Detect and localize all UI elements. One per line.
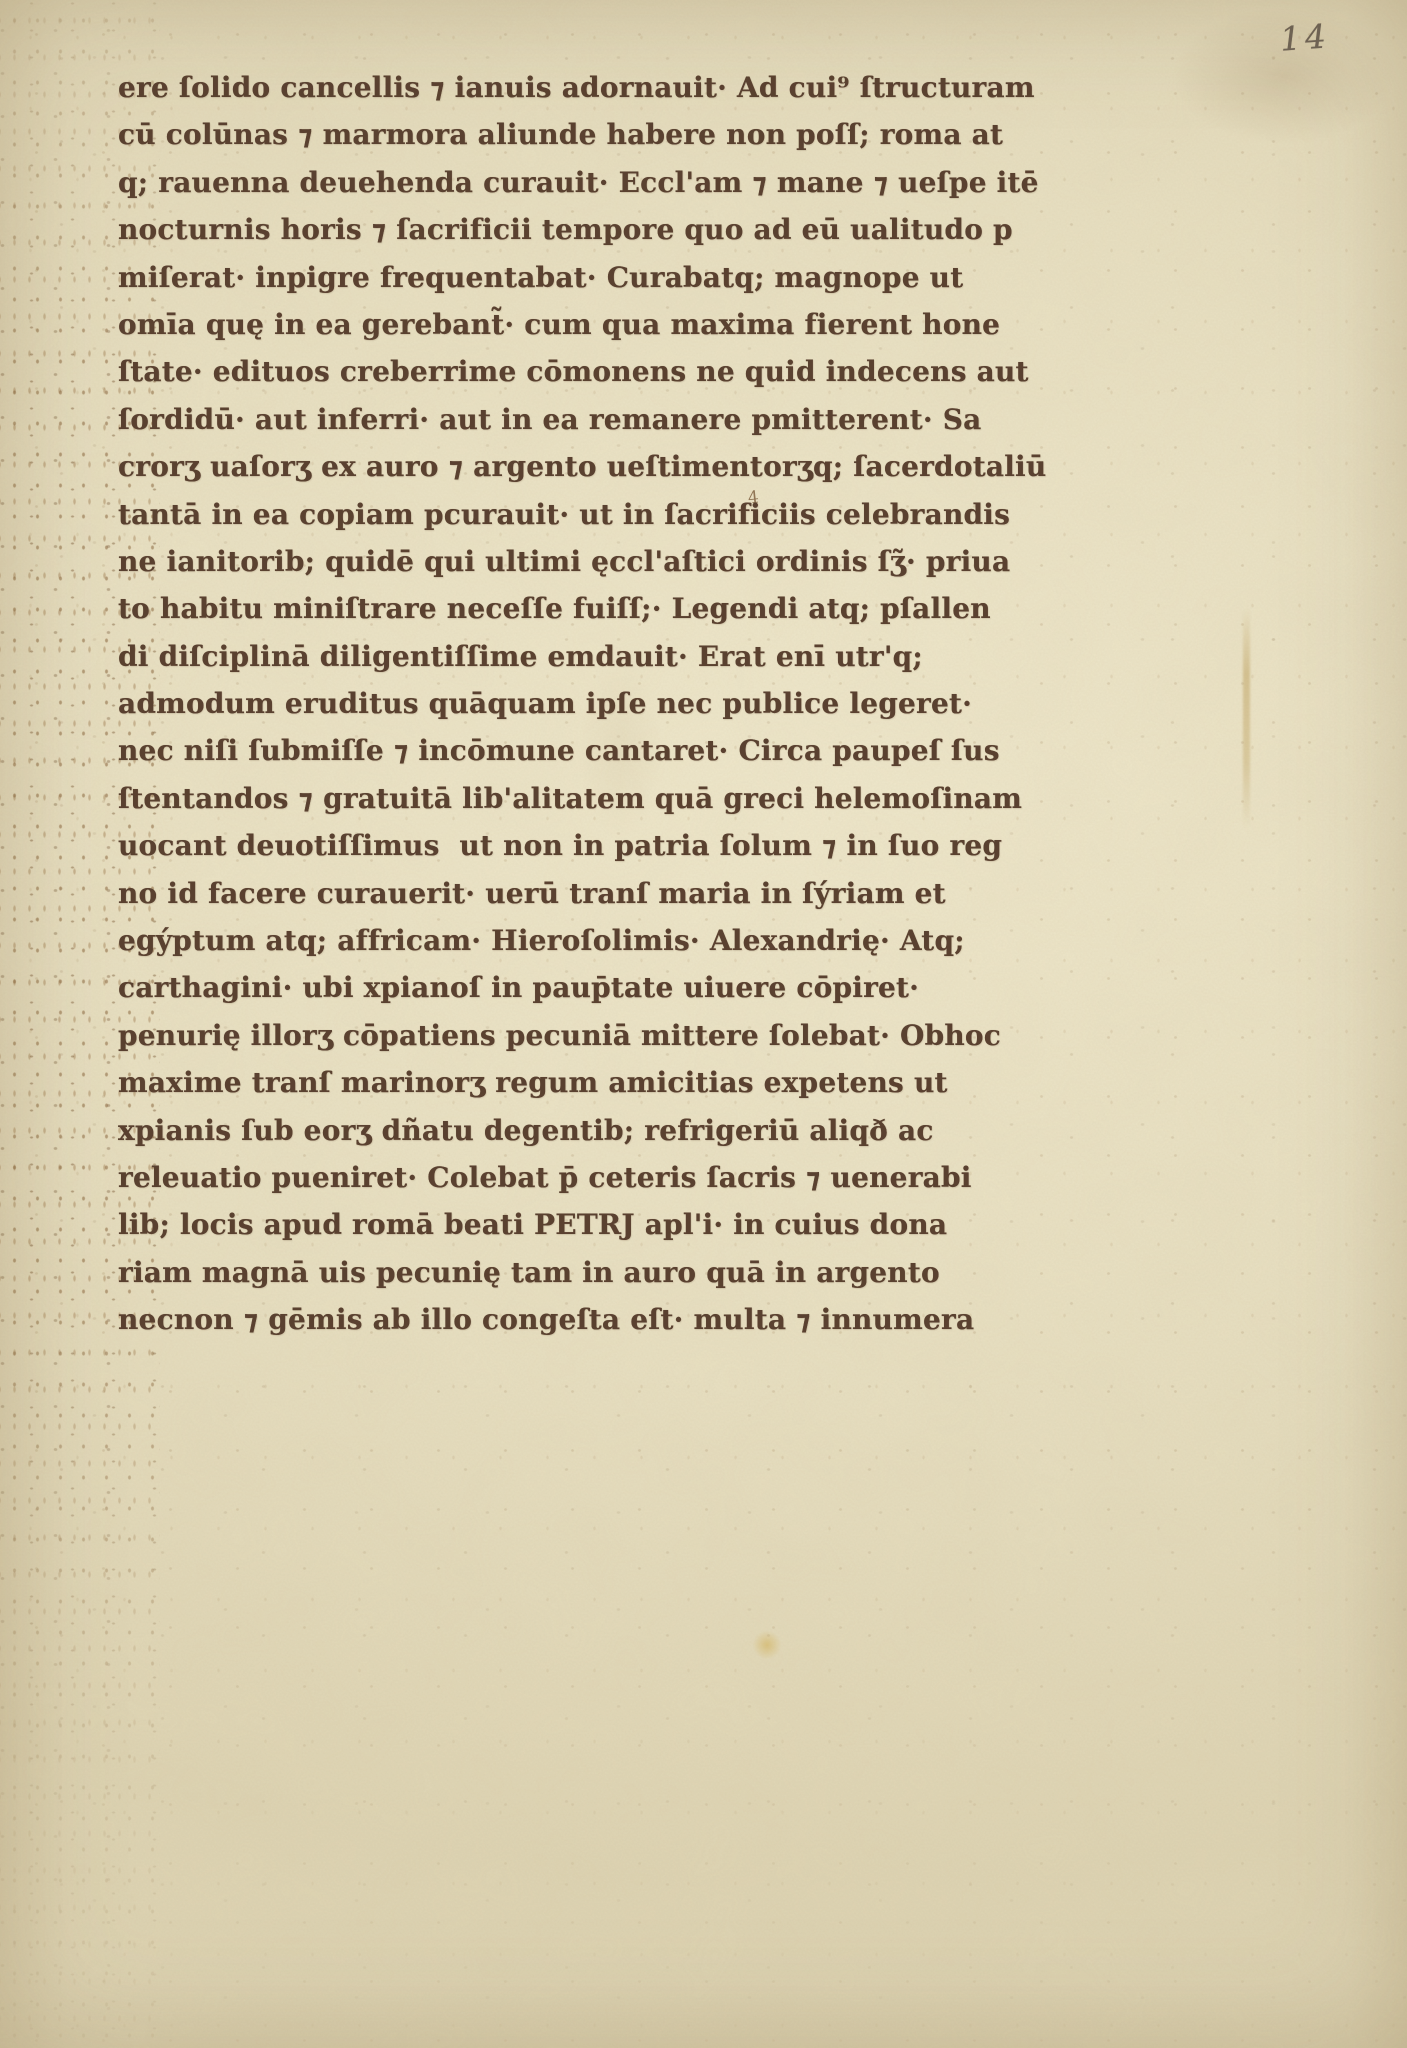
text-line: tantā in ea copiam pcurauit· ut in ſacri… — [118, 491, 978, 538]
text-line: lib; locis apud romā beati PETRJ apl'i· … — [118, 1201, 978, 1248]
text-line: egýptum atq; affricam· Hieroſolimis· Ale… — [118, 917, 978, 964]
folio-number: 14 — [1279, 16, 1332, 58]
text-line: uocant deuotiſſimus ut non in patria ſol… — [118, 822, 978, 869]
text-line: riam magnā uis pecunię tam in auro quā i… — [118, 1249, 978, 1296]
text-line: carthagini· ubi xpianoſ in paup̄tate uiu… — [118, 964, 978, 1011]
text-line: ſtentandos ⁊ gratuitā lib'alitatem quā g… — [118, 775, 978, 822]
text-line: ne ianitorib; quidē qui ultimi ęccl'aſti… — [118, 538, 978, 585]
text-line: di diſciplinā diligentiſſime emdauit· Er… — [118, 633, 978, 680]
text-line: to habitu miniſtrare neceſſe fuiſſ;· Leg… — [118, 585, 978, 632]
text-line: maxime tranſ marinorʒ regum amicitias ex… — [118, 1059, 978, 1106]
text-line: penurię illorʒ cōpatiens pecuniā mittere… — [118, 1012, 978, 1059]
text-line: nocturnis horis ⁊ ſacrificii tempore quo… — [118, 206, 978, 253]
manuscript-page: 14 4 ere ſolido cancellis ⁊ ianuis adorn… — [0, 0, 1407, 2048]
text-line: cū colūnas ⁊ marmora aliunde habere non … — [118, 111, 978, 158]
text-line: omīa quę in ea gerebant̃· cum qua maxima… — [118, 301, 978, 348]
text-line: xpianis ſub eorʒ dñatu degentib; refrige… — [118, 1107, 978, 1154]
text-line: no id facere curauerit· uerū tranſ maria… — [118, 870, 978, 917]
text-line: ſordidū· aut inferri· aut in ea remanere… — [118, 396, 978, 443]
text-line: admodum eruditus quāquam ipſe nec public… — [118, 680, 978, 727]
text-line: ere ſolido cancellis ⁊ ianuis adornauit·… — [118, 64, 978, 111]
text-line: crorʒ uaſorʒ ex auro ⁊ argento ueſtiment… — [118, 443, 978, 490]
parchment-stain — [752, 1630, 782, 1660]
parchment-crease — [1243, 608, 1250, 828]
text-line: releuatio pueniret· Colebat p̄ ceteris ſ… — [118, 1154, 978, 1201]
text-line: ſtate· edituos creberrime cōmonens ne qu… — [118, 348, 978, 395]
text-line: miſerat· inpigre frequentabat· Curabatq;… — [118, 254, 978, 301]
text-line: q; rauenna deuehenda curauit· Eccl'am ⁊ … — [118, 159, 978, 206]
text-line: necnon ⁊ gēmis ab illo congeſta eſt· mul… — [118, 1296, 978, 1343]
text-block: ere ſolido cancellis ⁊ ianuis adornauit·… — [118, 64, 978, 1344]
text-line: nec niſi ſubmiſſe ⁊ incōmune cantaret· C… — [118, 727, 978, 774]
parchment-stain — [1130, 0, 1407, 190]
